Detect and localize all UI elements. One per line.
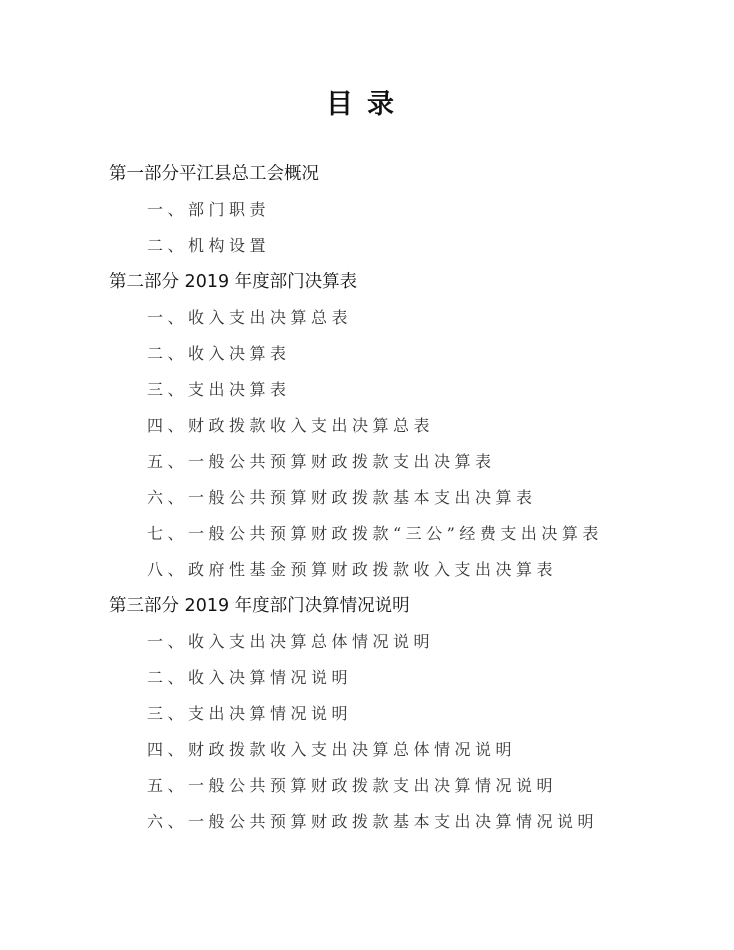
toc-item[interactable]: 四、财政拨款收入支出决算总体情况说明: [147, 737, 516, 760]
page-title: 目录: [0, 82, 734, 121]
toc-item[interactable]: 二、收入决算情况说明: [147, 665, 352, 688]
toc-item[interactable]: 三、支出决算情况说明: [147, 701, 352, 724]
toc-item[interactable]: 一、收入支出决算总体情况说明: [147, 629, 434, 652]
toc-item[interactable]: 四、财政拨款收入支出决算总表: [147, 413, 434, 436]
toc-item[interactable]: 五、一般公共预算财政拨款支出决算情况说明: [147, 773, 557, 796]
toc-part-1[interactable]: 第一部分平江县总工会概况: [109, 160, 319, 185]
toc-item[interactable]: 五、一般公共预算财政拨款支出决算表: [147, 449, 496, 472]
toc-item[interactable]: 一、部门职责: [147, 197, 270, 220]
toc-item[interactable]: 一、收入支出决算总表: [147, 305, 352, 328]
toc-part-2[interactable]: 第二部分 2019 年度部门决算表: [109, 268, 357, 293]
toc-item[interactable]: 三、支出决算表: [147, 377, 291, 400]
toc-item[interactable]: 六、一般公共预算财政拨款基本支出决算情况说明: [147, 809, 598, 832]
toc-item[interactable]: 二、收入决算表: [147, 341, 291, 364]
toc-part-3[interactable]: 第三部分 2019 年度部门决算情况说明: [109, 592, 410, 617]
toc-item[interactable]: 二、机构设置: [147, 233, 270, 256]
toc-item[interactable]: 七、一般公共预算财政拨款“三公”经费支出决算表: [147, 521, 603, 544]
toc-item[interactable]: 六、一般公共预算财政拨款基本支出决算表: [147, 485, 537, 508]
toc-item[interactable]: 八、政府性基金预算财政拨款收入支出决算表: [147, 557, 557, 580]
